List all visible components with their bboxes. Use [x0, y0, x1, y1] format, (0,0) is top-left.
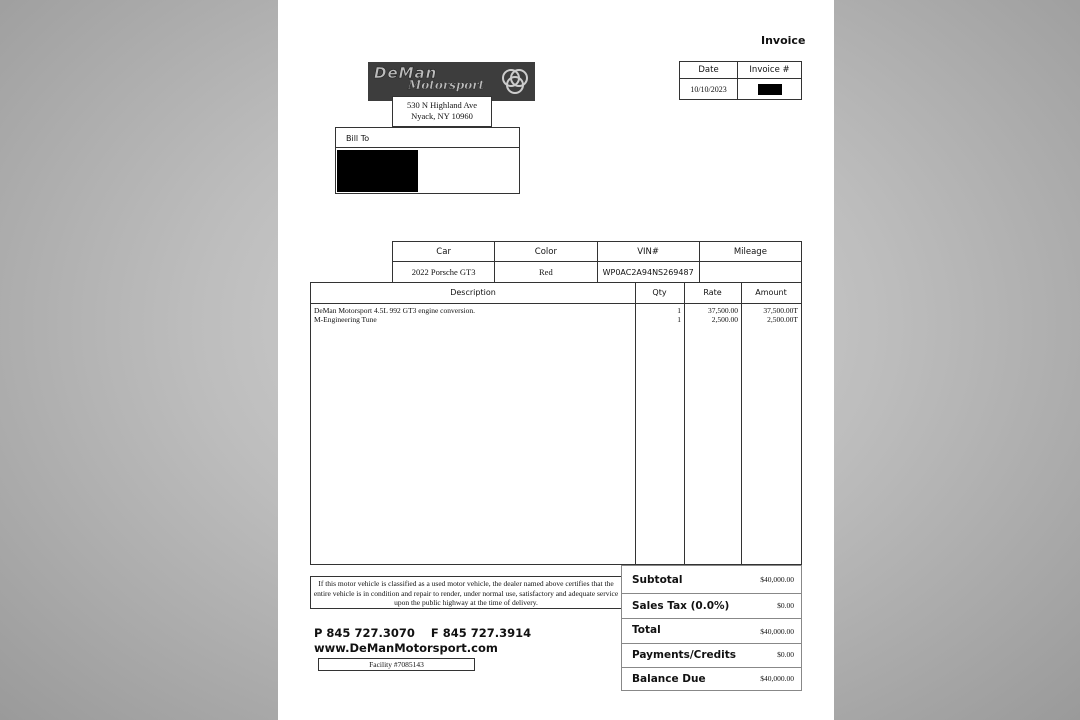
phone-number: P 845 727.3070	[314, 626, 415, 640]
row-amount: 37,500.00T	[763, 306, 798, 315]
facility-number: Facility #7085143	[318, 658, 475, 671]
vehicle-table: Car Color VIN# Mileage 2022 Porsche GT3 …	[392, 241, 802, 283]
invoice-number-redacted	[738, 79, 802, 100]
bill-to-label: Bill To	[336, 128, 519, 148]
totals-row-payments: Payments/Credits $0.00	[622, 643, 801, 668]
invoice-title: Invoice	[761, 34, 805, 47]
totals-row-balance-due: Balance Due $40,000.00	[622, 667, 801, 691]
line-items-table: Description Qty Rate Amount DeMan Motors…	[310, 282, 802, 565]
invoice-page: Invoice DeMan Motorsport 530 N Highland …	[278, 0, 834, 720]
bill-to-redacted	[337, 150, 418, 192]
vehicle-header-car: Car	[393, 242, 495, 262]
header-description: Description	[311, 288, 635, 297]
date-header: Date	[680, 62, 738, 79]
website: www.DeManMotorsport.com	[314, 641, 531, 656]
row-description: DeMan Motorsport 4.5L 992 GT3 engine con…	[314, 306, 475, 315]
vehicle-car: 2022 Porsche GT3	[393, 262, 495, 283]
address-line-1: 530 N Highland Ave	[393, 100, 491, 111]
invoice-meta-table: Date Invoice # 10/10/2023	[679, 61, 802, 100]
totals-row-total: Total $40,000.00	[622, 618, 801, 644]
row-qty: 1	[677, 306, 681, 315]
fax-number: F 845 727.3914	[431, 626, 531, 640]
bill-to-box: Bill To	[335, 127, 520, 194]
company-address: 530 N Highland Ave Nyack, NY 10960	[392, 96, 492, 127]
totals-row-subtotal: Subtotal $40,000.00	[622, 566, 801, 594]
row-qty: 1	[677, 315, 681, 324]
totals-row-sales-tax: Sales Tax (0.0%) $0.00	[622, 593, 801, 619]
logo-rings-icon	[499, 66, 531, 98]
header-rate: Rate	[684, 288, 741, 297]
vehicle-header-mileage: Mileage	[699, 242, 801, 262]
header-qty: Qty	[635, 288, 684, 297]
row-rate: 37,500.00	[708, 306, 738, 315]
totals-box: Subtotal $40,000.00 Sales Tax (0.0%) $0.…	[621, 565, 802, 691]
vehicle-color: Red	[495, 262, 597, 283]
vehicle-header-color: Color	[495, 242, 597, 262]
invoice-number-header: Invoice #	[738, 62, 802, 79]
company-contact: P 845 727.3070 F 845 727.3914 www.DeManM…	[314, 626, 531, 656]
vehicle-header-vin: VIN#	[597, 242, 699, 262]
row-description: M-Engineering Tune	[314, 315, 377, 324]
logo-text-motorsport: Motorsport	[408, 78, 484, 92]
row-rate: 2,500.00	[712, 315, 738, 324]
address-line-2: Nyack, NY 10960	[393, 111, 491, 122]
invoice-date: 10/10/2023	[680, 79, 738, 100]
vehicle-mileage	[699, 262, 801, 283]
header-amount: Amount	[741, 288, 801, 297]
phone-fax-line: P 845 727.3070 F 845 727.3914	[314, 626, 531, 641]
disclaimer: If this motor vehicle is classified as a…	[310, 576, 622, 609]
row-amount: 2,500.00T	[767, 315, 798, 324]
vehicle-vin: WP0AC2A94NS269487	[597, 262, 699, 283]
